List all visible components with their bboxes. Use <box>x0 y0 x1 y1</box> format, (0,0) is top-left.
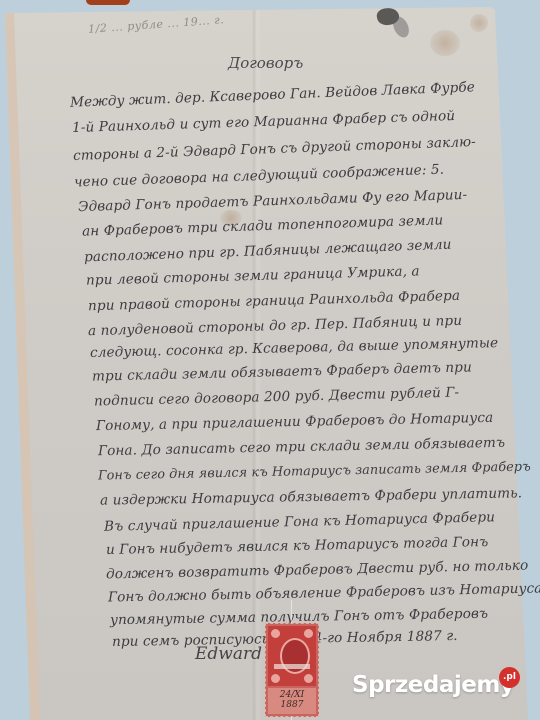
paper-stain <box>430 30 460 56</box>
stamp-rosette-icon <box>304 674 313 683</box>
watermark-text: Sprzedajemy <box>352 672 514 698</box>
stamp-rosette-icon <box>271 629 280 638</box>
stamp-band <box>274 664 310 669</box>
paper-stain <box>470 14 488 32</box>
background-object <box>86 0 130 5</box>
revenue-stamp: 24/XI 1887 <box>265 623 319 717</box>
stamp-cancellation-date: 24/XI 1887 <box>270 690 314 710</box>
stamp-rosette-icon <box>271 674 280 683</box>
stamp-rosette-icon <box>304 629 313 638</box>
watermark-badge: .pl <box>499 667 520 688</box>
stamp-design <box>268 626 316 686</box>
document-title: Договоръ <box>228 54 303 72</box>
